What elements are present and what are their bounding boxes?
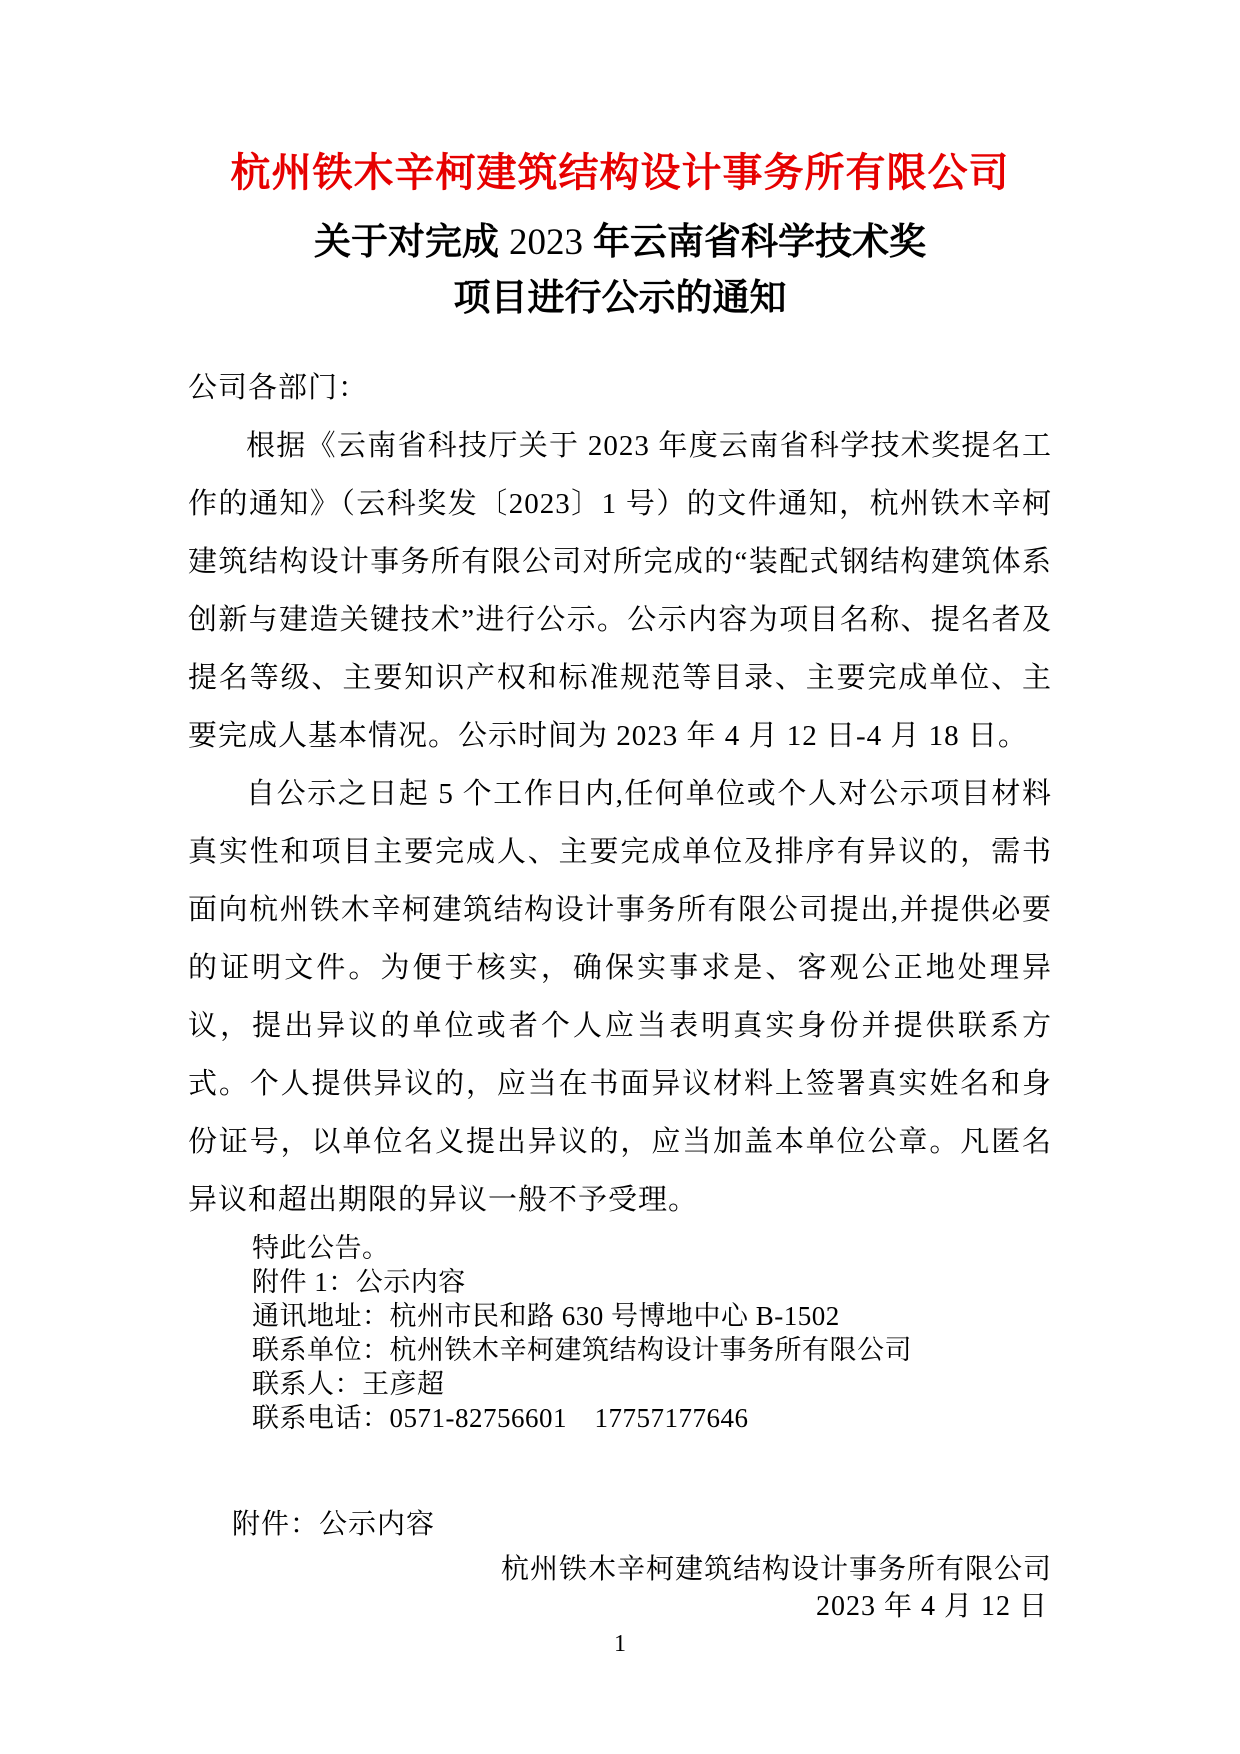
notice-title-line1-post: 年云南省科学技术奖 xyxy=(593,221,926,262)
signature-company: 杭州铁木辛柯建筑结构设计事务所有限公司 xyxy=(188,1551,1052,1588)
attachment-reference: 附件：公示内容 xyxy=(232,1507,1052,1543)
page-number: 1 xyxy=(0,1630,1240,1658)
signature-block: 杭州铁木辛柯建筑结构设计事务所有限公司 2023 年 4 月 12 日 xyxy=(188,1551,1052,1625)
notes-block: 特此公告。 附件 1：公示内容 通讯地址：杭州市民和路 630 号博地中心 B-… xyxy=(252,1231,1052,1435)
salutation: 公司各部门： xyxy=(188,359,1052,417)
body-paragraph-1: 根据《云南省科技厅关于 2023 年度云南省科学技术奖提名工作的通知》（云科奖发… xyxy=(188,417,1052,765)
company-title: 杭州铁木辛柯建筑结构设计事务所有限公司 xyxy=(188,146,1052,200)
note-contact-unit: 联系单位：杭州铁木辛柯建筑结构设计事务所有限公司 xyxy=(252,1333,1052,1367)
note-contact-person: 联系人：王彦超 xyxy=(252,1367,1052,1401)
note-contact-phone: 联系电话：0571-82756601 17757177646 xyxy=(252,1401,1052,1435)
note-attachment-1: 附件 1：公示内容 xyxy=(252,1265,1052,1299)
notice-title-line2: 项目进行公示的通知 xyxy=(188,270,1052,325)
signature-date: 2023 年 4 月 12 日 xyxy=(188,1588,1052,1625)
title-gap xyxy=(188,200,1052,214)
document-page: 杭州铁木辛柯建筑结构设计事务所有限公司 关于对完成2023年云南省科学技术奖 项… xyxy=(0,0,1240,1754)
notice-title-line1: 关于对完成2023年云南省科学技术奖 xyxy=(188,214,1052,270)
notice-title-line1-pre: 关于对完成 xyxy=(314,221,499,262)
note-hereby-announced: 特此公告。 xyxy=(252,1231,1052,1265)
body-paragraph-2: 自公示之日起 5 个工作日内,任何单位或个人对公示项目材料真实性和项目主要完成人… xyxy=(188,765,1052,1229)
notice-title-line1-year: 2023 xyxy=(509,222,583,263)
note-mailing-address: 通讯地址：杭州市民和路 630 号博地中心 B-1502 xyxy=(252,1299,1052,1333)
